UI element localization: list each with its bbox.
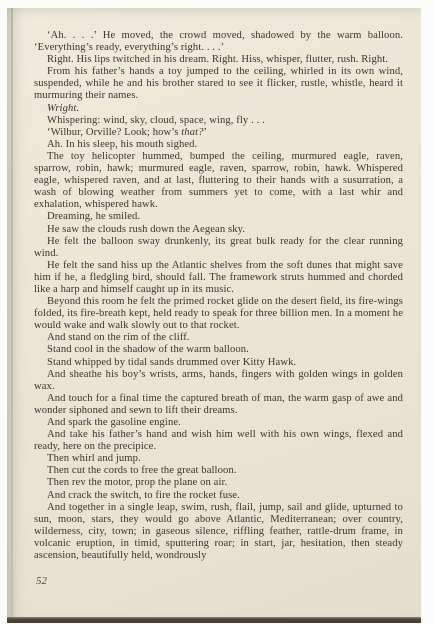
page-number: 52 bbox=[36, 575, 47, 587]
paragraph: And sheathe his boy’s wrists, arms, hand… bbox=[34, 369, 403, 393]
text-run: He felt the balloon sway drunkenly, its … bbox=[34, 236, 403, 259]
paragraph: Ah. In his sleep, his mouth sighed. bbox=[34, 139, 403, 151]
text-run: Stand whipped by tidal sands drummed ove… bbox=[47, 357, 296, 368]
text-run: Then whirl and jump. bbox=[47, 453, 141, 464]
text-run: Then rev the motor, prop the plane on ai… bbox=[47, 477, 227, 488]
page-text: ‘Ah. . . .’ He moved, the crowd moved, s… bbox=[34, 30, 403, 562]
paragraph: Stand cool in the shadow of the warm bal… bbox=[34, 344, 403, 356]
paragraph: Then whirl and jump. bbox=[34, 453, 403, 465]
paragraph: And together in a single leap, swim, rus… bbox=[34, 502, 403, 562]
text-run: The toy helicopter hummed, bumped the ce… bbox=[34, 151, 403, 210]
text-run: And take his father’s hand and wish him … bbox=[34, 429, 403, 452]
text-run: And spark the gasoline engine. bbox=[47, 417, 181, 428]
text-run: And stand on the rim of the cliff. bbox=[47, 332, 190, 343]
paragraph: Wright. bbox=[34, 103, 403, 115]
scan-page: ‘Ah. . . .’ He moved, the crowd moved, s… bbox=[7, 8, 421, 618]
paragraph: Stand whipped by tidal sands drummed ove… bbox=[34, 357, 403, 369]
paragraph: Then cut the cords to free the great bal… bbox=[34, 465, 403, 477]
paragraph: ‘Ah. . . .’ He moved, the crowd moved, s… bbox=[34, 30, 403, 54]
screenshot-stage: ‘Ah. . . .’ He moved, the crowd moved, s… bbox=[0, 0, 434, 624]
paragraph: And crack the switch, to fire the rocket… bbox=[34, 490, 403, 502]
paragraph: He felt the sand hiss up the Atlantic sh… bbox=[34, 260, 403, 296]
paragraph: And take his father’s hand and wish him … bbox=[34, 429, 403, 453]
italic-run: Wright. bbox=[47, 103, 79, 114]
paragraph: Right. His lips twitched in his dream. R… bbox=[34, 54, 403, 66]
paragraph: Beyond this room he felt the primed rock… bbox=[34, 296, 403, 332]
page-edge-crease bbox=[11, 8, 13, 618]
paragraph: And touch for a final time the captured … bbox=[34, 393, 403, 417]
paragraph: And spark the gasoline engine. bbox=[34, 417, 403, 429]
paragraph: He felt the balloon sway drunkenly, its … bbox=[34, 236, 403, 260]
paragraph: Dreaming, he smiled. bbox=[34, 211, 403, 223]
text-run: Then cut the cords to free the great bal… bbox=[47, 465, 237, 476]
scan-bottom-edge bbox=[7, 617, 421, 623]
paragraph: He saw the clouds rush down the Aegean s… bbox=[34, 224, 403, 236]
paragraph: From his father’s hands a toy jumped to … bbox=[34, 66, 403, 102]
text-run: Beyond this room he felt the primed rock… bbox=[34, 296, 403, 331]
text-run: From his father’s hands a toy jumped to … bbox=[34, 66, 403, 101]
text-run: Right. His lips twitched in his dream. R… bbox=[47, 54, 388, 65]
paragraph: The toy helicopter hummed, bumped the ce… bbox=[34, 151, 403, 211]
text-run: Whispering: wind, sky, cloud, space, win… bbox=[47, 115, 265, 126]
text-run: ‘Wilbur, Orville? Look; how’s bbox=[47, 127, 181, 138]
text-run: Ah. In his sleep, his mouth sighed. bbox=[47, 139, 197, 150]
text-run: Stand cool in the shadow of the warm bal… bbox=[47, 344, 249, 355]
paragraph: Whispering: wind, sky, cloud, space, win… bbox=[34, 115, 403, 127]
paragraph: Then rev the motor, prop the plane on ai… bbox=[34, 477, 403, 489]
text-run: He saw the clouds rush down the Aegean s… bbox=[47, 224, 245, 235]
italic-run: that? bbox=[181, 127, 203, 138]
text-run: And sheathe his boy’s wrists, arms, hand… bbox=[34, 369, 403, 392]
text-run: ‘Ah. . . .’ He moved, the crowd moved, s… bbox=[34, 30, 403, 53]
text-run: And together in a single leap, swim, rus… bbox=[34, 502, 403, 561]
text-run: Dreaming, he smiled. bbox=[47, 211, 140, 222]
text-run: And crack the switch, to fire the rocket… bbox=[47, 490, 240, 501]
text-run: He felt the sand hiss up the Atlantic sh… bbox=[34, 260, 403, 295]
paragraph: ‘Wilbur, Orville? Look; how’s that?’ bbox=[34, 127, 403, 139]
paragraph: And stand on the rim of the cliff. bbox=[34, 332, 403, 344]
text-run: ’ bbox=[204, 127, 208, 138]
text-run: And touch for a final time the captured … bbox=[34, 393, 403, 416]
